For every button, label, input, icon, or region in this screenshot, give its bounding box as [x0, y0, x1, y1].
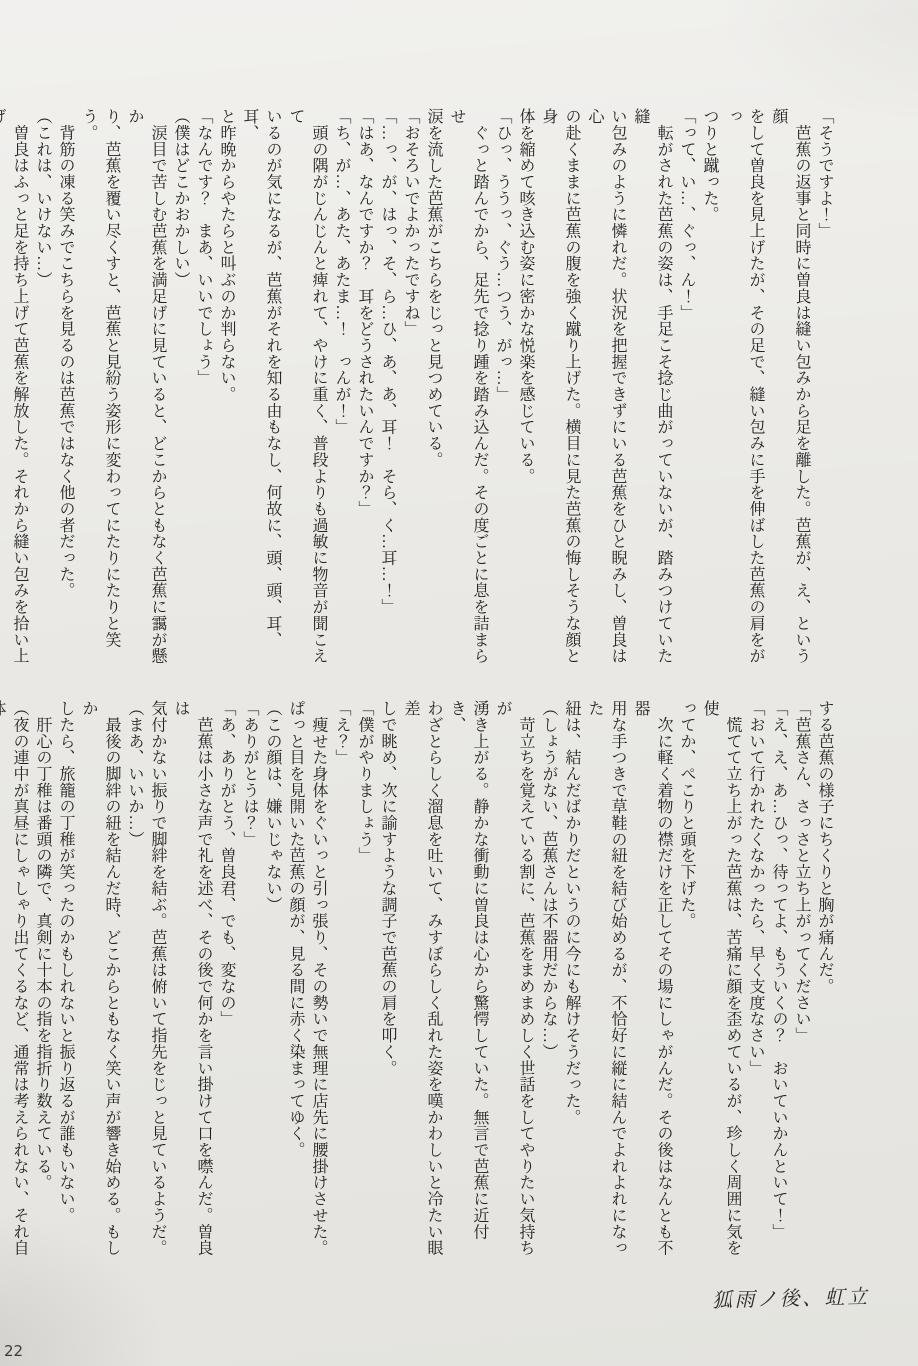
text-line: 背筋の凍る笑みでこちらを見るのは芭蕉ではなく他の者だった。 — [54, 108, 77, 664]
text-line: 涙目で苦しむ芭蕉を満足げに見ていると、どこからともなく芭蕉に靄が懸か — [123, 108, 169, 664]
text-line: と昨晩からやたらと叫ぶのか判らない。 — [215, 108, 238, 664]
text-line: 曽良はふっと足を持ち上げて芭蕉を解放した。それから縫い包みを拾い上げ — [0, 108, 31, 664]
text-line: （これは、いけない…） — [31, 108, 54, 664]
text-line: 次に軽く着物の襟だけを正してその場にしゃがんだ。その後はなんとも不器 — [629, 700, 675, 1256]
text-line: 最後の脚絆の紐を結んだ時、どこからともなく笑い声が響き始める。もしか — [77, 700, 123, 1256]
text-line: 気付かない振りで脚絆を結ぶ。芭蕉は俯いて指先をじっと見ているようだ。 — [146, 700, 169, 1256]
vertical-text-block-bottom: する芭蕉の様子にちくりと胸が痛んだ。「芭蕉さん、さっさと立ち上がってください」「… — [0, 700, 836, 1256]
text-line: （夜の連中が真昼にしゃしゃり出てくるなど、通常は考えられない、それ自体 — [0, 700, 31, 1256]
text-line: 「ち、が…、あた、あたま…！ っんが！」 — [330, 108, 353, 664]
chapter-title: 狐雨ノ後、虹立 — [712, 1280, 883, 1313]
vertical-text-block-top: 「そうですよ！」 芭蕉の返事と同時に曽良は縫い包みから足を離した。芭蕉が、え、と… — [0, 108, 836, 664]
text-line: 紐は、結んだばかりだというのに今にも解けそうだった。 — [560, 700, 583, 1256]
text-line: 涙を流した芭蕉がこちらをじっと見つめている。 — [422, 108, 445, 664]
text-line: 苛立ちを覚えている割に、芭蕉をまめまめしく世話をしてやりたい気持ちが — [491, 700, 537, 1256]
text-line: 「え？」 — [330, 700, 353, 1256]
text-line: 「おそろいでよかったですね」 — [399, 108, 422, 664]
text-line: 「そうですよ！」 — [813, 108, 836, 664]
text-line: 「おいて行かれたくなかったら、早く支度なさい」 — [744, 700, 767, 1256]
text-line: 慌てて立ち上がった芭蕉は、苦痛に顔を歪めているが、珍しく周囲に気を使 — [698, 700, 744, 1256]
text-line: 「はあ、なんですか？ 耳をどうされたいんですか？」 — [353, 108, 376, 664]
text-line: ぐっと踏んでから、足先で捻り踵を踏み込んだ。その度ごとに息を詰まらせ — [445, 108, 491, 664]
text-line: 「僕がやりましょう」 — [353, 700, 376, 1256]
text-line: （まあ、いいか…） — [123, 700, 146, 1256]
text-line: 「あ、ありがとう、曽良君、でも、変なの」 — [215, 700, 238, 1256]
text-line: 「芭蕉さん、さっさと立ち上がってください」 — [790, 700, 813, 1256]
text-line: 「ありがとうは？」 — [238, 700, 261, 1256]
text-line: ぱっと目を見開いた芭蕉の顔が、見る間に赤く染まってゆく。 — [284, 700, 307, 1256]
text-line: 「…っ、が、はっ、そ、ら…ひ、あ、あ、耳！ そら、く…耳…！」 — [376, 108, 399, 664]
text-line: 体を縮めて咳き込む姿に密かな悦楽を感じている。 — [514, 108, 537, 664]
text-line: 「なんです？ まあ、いいでしょう」 — [192, 108, 215, 664]
page-number: 22 — [4, 1342, 23, 1360]
text-line: いるのが気になるが、芭蕉がそれを知る由もなし、何故に、頭、頭、耳、耳、 — [238, 108, 284, 664]
text-line: 頭の隅がじんじんと痺れて、やけに重く、普段よりも過敏に物音が聞こえて — [284, 108, 330, 664]
text-line: つりと蹴った。 — [698, 108, 721, 664]
text-line: わざとらしく溜息を吐いて、みすぼらしく乱れた姿を嘆かわしいと冷たい眼差 — [399, 700, 445, 1256]
text-line: 用な手つきで草鞋の紐を結び始めるが、不恰好に縦に結んでよれよれになった — [583, 700, 629, 1256]
text-line: 肝心の丁稚は番頭の隣で、真剣に十本の指を指折り数えている。 — [31, 700, 54, 1256]
text-line: （この顔は、嫌いじゃない） — [261, 700, 284, 1256]
text-line: ってか、ぺこりと頭を下げた。 — [675, 700, 698, 1256]
text-line: い包みのように憐れだ。状況を把握できずにいる芭蕉をひと睨みし、曽良は心 — [583, 108, 629, 664]
scanned-novel-page: 「そうですよ！」 芭蕉の返事と同時に曽良は縫い包みから足を離した。芭蕉が、え、と… — [0, 0, 918, 1366]
text-line: 「え、え、あ…ひっ、待ってよ、もういくの？ おいていかんといて！」 — [767, 700, 790, 1256]
text-line: （しょうがない、芭蕉さんは不器用だからな…） — [537, 700, 560, 1256]
text-line: 「って、い…、ぐっ、ん！」 — [675, 108, 698, 664]
text-line: しで眺め、次に諭すような調子で芭蕉の肩を叩く。 — [376, 700, 399, 1256]
text-line: 痩せた身体をぐいっと引っ張り、その勢いで無理に店先に腰掛けさせた。 — [307, 700, 330, 1256]
text-line: 湧き上がる。静かな衝動に曽良は心から驚愕していた。無言で芭蕉に近付き、 — [445, 700, 491, 1256]
text-line: 「ひっ、ううっ、ぐう…つう、がっ…」 — [491, 108, 514, 664]
text-line: 芭蕉は小さな声で礼を述べ、その後で何かを言い掛けて口を噤んだ。曽良は — [169, 700, 215, 1256]
text-line: 芭蕉の返事と同時に曽良は縫い包みから足を離した。芭蕉が、え、という顔 — [767, 108, 813, 664]
text-line: （僕はどこかおかしい） — [169, 108, 192, 664]
text-line: の赴くままに芭蕉の腹を強く蹴り上げた。横目に見た芭蕉の悔しそうな顔と身 — [537, 108, 583, 664]
text-line: 転がされた芭蕉の姿は、手足こそ捻じ曲がっていないが、踏みつけていた縫 — [629, 108, 675, 664]
text-line: したら、旅籠の丁稚が笑ったのかもしれないと振り返るが誰もいない。 — [54, 700, 77, 1256]
text-line: する芭蕉の様子にちくりと胸が痛んだ。 — [813, 700, 836, 1256]
text-line: をして曽良を見上げたが、その足で、縫い包みに手を伸ばした芭蕉の肩をがっ — [721, 108, 767, 664]
text-line: り、芭蕉を覆い尽くすと、芭蕉と見紛う姿形に変わってにたりにたりと笑う。 — [77, 108, 123, 664]
